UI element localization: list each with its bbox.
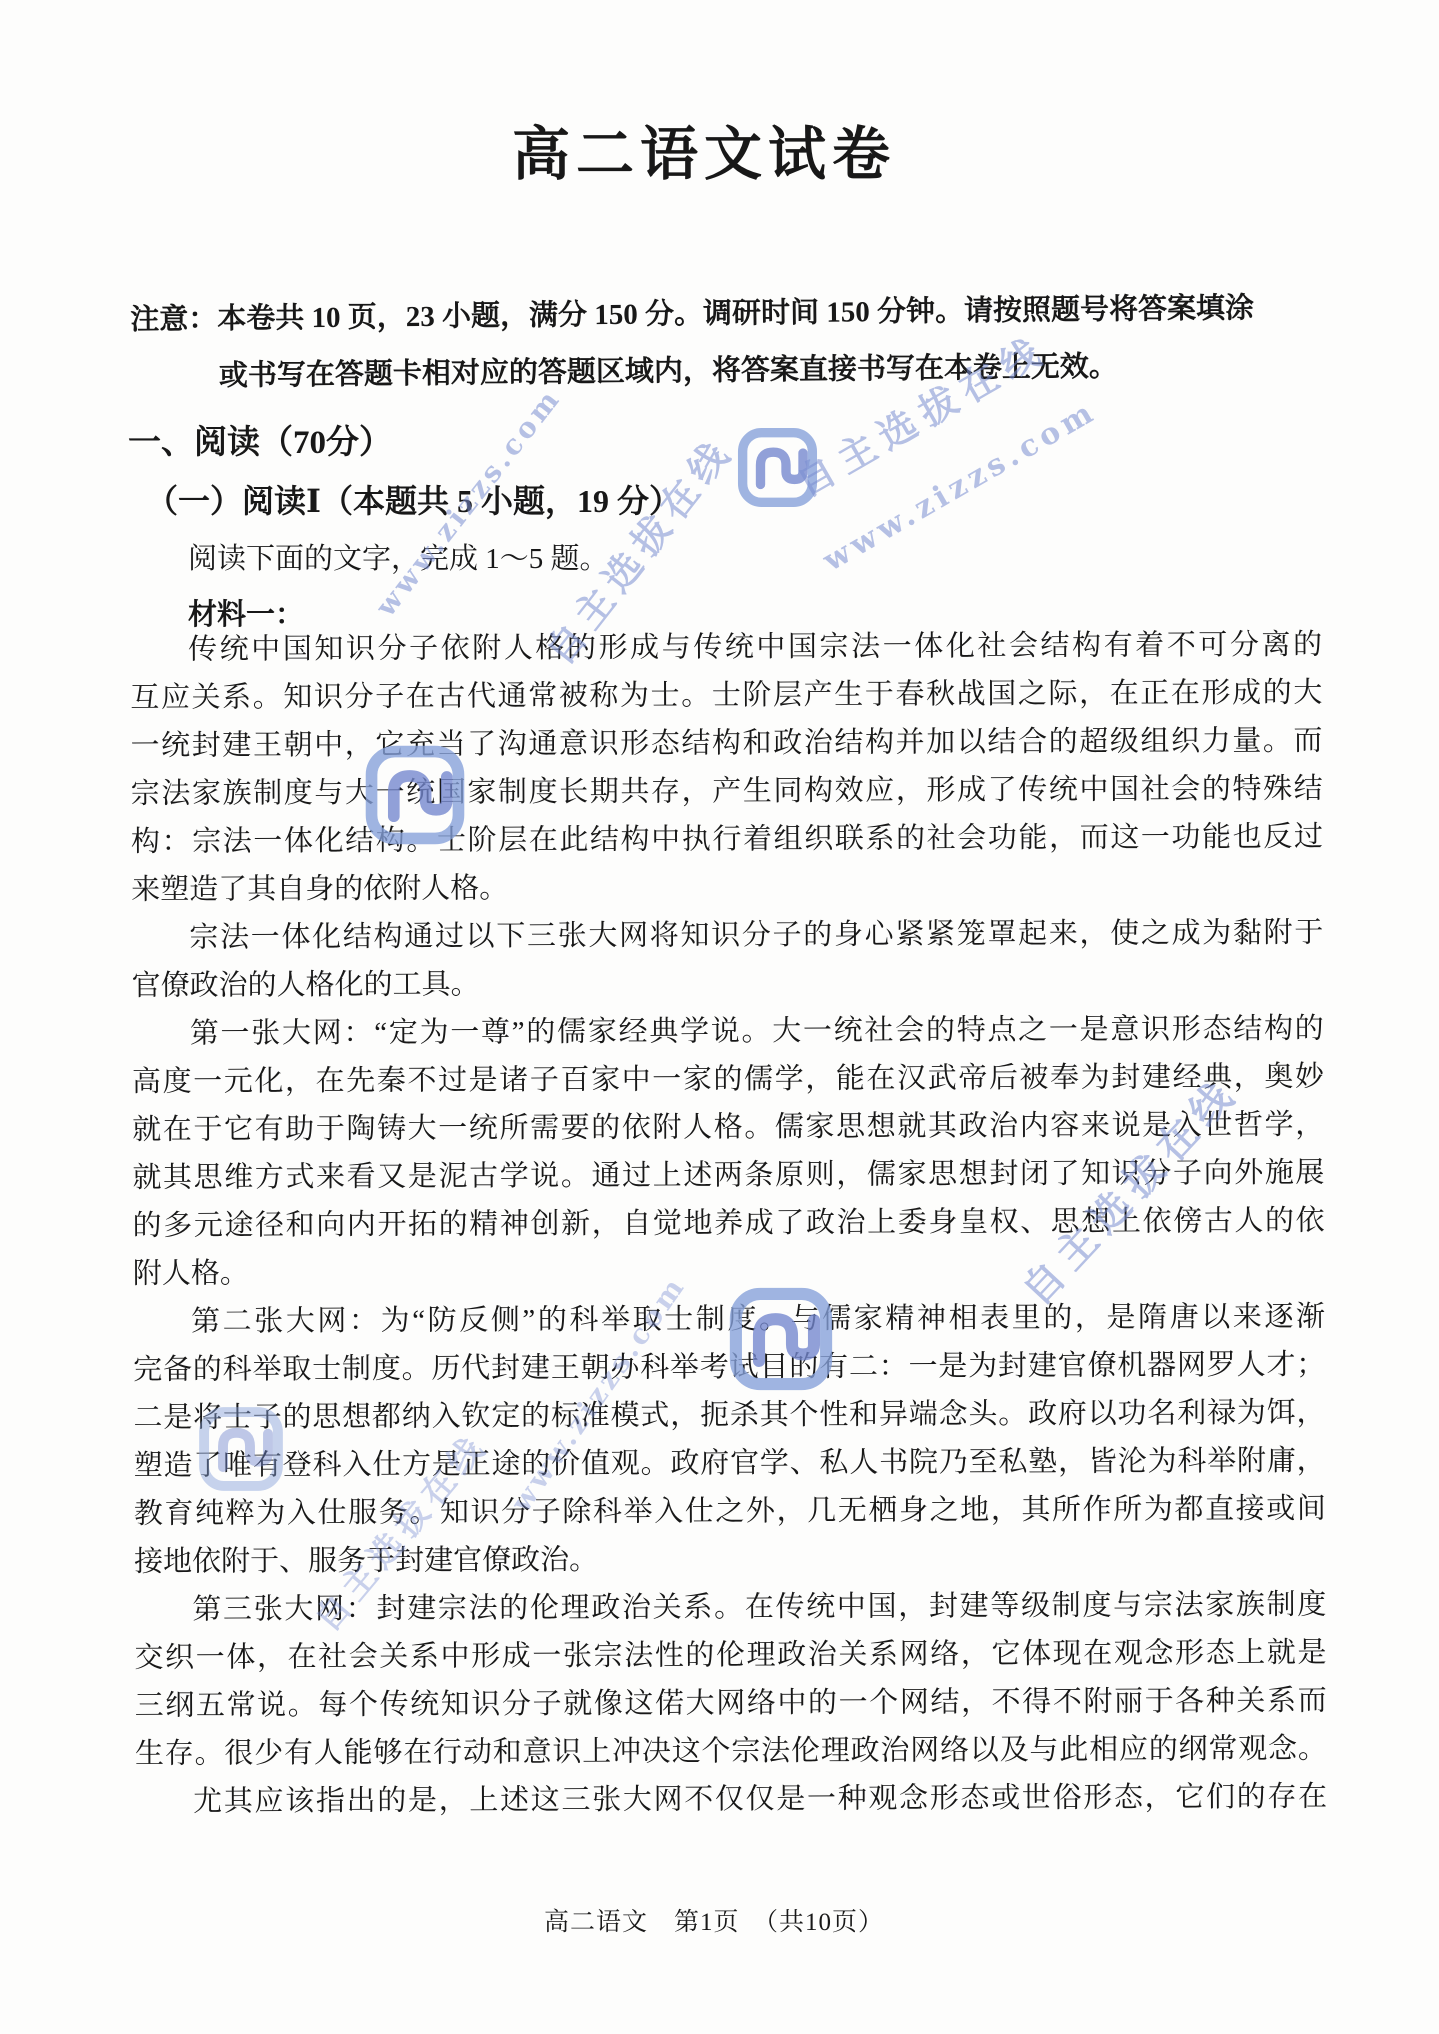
notice-block: 注意：本卷共 10 页，23 小题，满分 150 分。调研时间 150 分钟。请…	[130, 279, 1351, 406]
body-line: 高度一元化，在先秦不过是诸子百家中一家的儒学，能在汉武帝后被奉为封建经典，奥妙	[132, 1053, 1324, 1106]
body-line: 第三张大网：封建宗法的伦理政治关系。在传统中国，封建等级制度与宗法家族制度	[134, 1581, 1326, 1634]
body-line: 生存。很少有人能够在行动和意识上冲决这个宗法伦理政治网络以及与此相应的纲常观念。	[135, 1725, 1327, 1778]
watermark-logo-icon	[735, 425, 820, 510]
notice-line-2: 或书写在答题卡相对应的答题区域内，将答案直接书写在本卷上无效。	[131, 336, 1352, 406]
page-footer: 高二语文 第1页 （共10页）	[544, 1902, 884, 1938]
body-line: 的多元途径和向内开拓的精神创新，自觉地养成了政治上委身皇权、思想上依傍古人的依	[133, 1197, 1325, 1250]
exam-paper-page: 高二语文试卷 注意：本卷共 10 页，23 小题，满分 150 分。调研时间 1…	[0, 0, 1439, 2034]
page-title: 高二语文试卷	[512, 120, 896, 190]
body-line: 宗法一体化结构通过以下三张大网将知识分子的身心紧紧笼罩起来，使之成为黏附于	[131, 909, 1323, 962]
body-line: 就其思维方式来看又是泥古学说。通过上述两条原则，儒家思想封闭了知识分子向外施展	[132, 1149, 1324, 1202]
body-line: 第一张大网：“定为一尊”的儒家经典学说。大一统社会的特点之一是意识形态结构的	[132, 1005, 1324, 1058]
reading-instruction: 阅读下面的文字，完成 1～5 题。	[188, 536, 609, 577]
body-line: 一统封建王朝中，它充当了沟通意识形态结构和政治结构并加以结合的超级组织力量。而	[130, 717, 1322, 770]
body-line: 塑造了唯有登科入仕方是正途的价值观。政府官学、私人书院乃至私塾，皆沦为科举附庸，	[134, 1437, 1326, 1490]
body-line: 交织一体，在社会关系中形成一张宗法性的伦理政治关系网络，它体现在观念形态上就是	[134, 1629, 1326, 1682]
material-body: 传统中国知识分子依附人格的形成与传统中国宗法一体化社会结构有着不可分离的 互应关…	[130, 621, 1327, 1826]
body-line: 教育纯粹为入仕服务。知识分子除科举入仕之外，几无栖身之地，其所作所为都直接或间	[134, 1485, 1326, 1538]
body-line: 三纲五常说。每个传统知识分子就像这偌大网络中的一个网结，不得不附丽于各种关系而	[135, 1677, 1327, 1730]
body-line: 传统中国知识分子依附人格的形成与传统中国宗法一体化社会结构有着不可分离的	[130, 621, 1322, 674]
body-line: 来塑造了其自身的依附人格。	[131, 861, 1323, 914]
body-line: 完备的科举取士制度。历代封建王朝办科举考试目的有二：一是为封建官僚机器网罗人才；	[133, 1341, 1325, 1394]
body-line: 接地依附于、服务于封建官僚政治。	[134, 1533, 1326, 1586]
subsection-heading: （一）阅读Ⅰ（本题共 5 小题，19 分）	[146, 476, 681, 522]
section-heading: 一、阅读（70分）	[128, 416, 392, 463]
body-line: 官僚政治的人格化的工具。	[131, 957, 1323, 1010]
body-line: 尤其应该指出的是，上述这三张大网不仅仅是一种观念形态或世俗形态，它们的存在	[135, 1773, 1327, 1826]
body-line: 互应关系。知识分子在古代通常被称为士。士阶层产生于春秋战国之际，在正在形成的大	[130, 669, 1322, 722]
body-line: 第二张大网：为“防反侧”的科举取士制度。与儒家精神相表里的，是隋唐以来逐渐	[133, 1293, 1325, 1346]
watermark-url-text: www.zizzs.com	[817, 393, 1103, 578]
body-line: 宗法家族制度与大一统国家制度长期共存，产生同构效应，形成了传统中国社会的特殊结	[131, 765, 1323, 818]
body-line: 二是将士子的思想都纳入钦定的标准模式，扼杀其个性和异端念头。政府以功名利禄为饵，	[133, 1389, 1325, 1442]
body-line: 构：宗法一体化结构。士阶层在此结构中执行着组织联系的社会功能，而这一功能也反过	[131, 813, 1323, 866]
body-line: 就在于它有助于陶铸大一统所需要的依附人格。儒家思想就其政治内容来说是入世哲学，	[132, 1101, 1324, 1154]
body-line: 附人格。	[133, 1245, 1325, 1298]
